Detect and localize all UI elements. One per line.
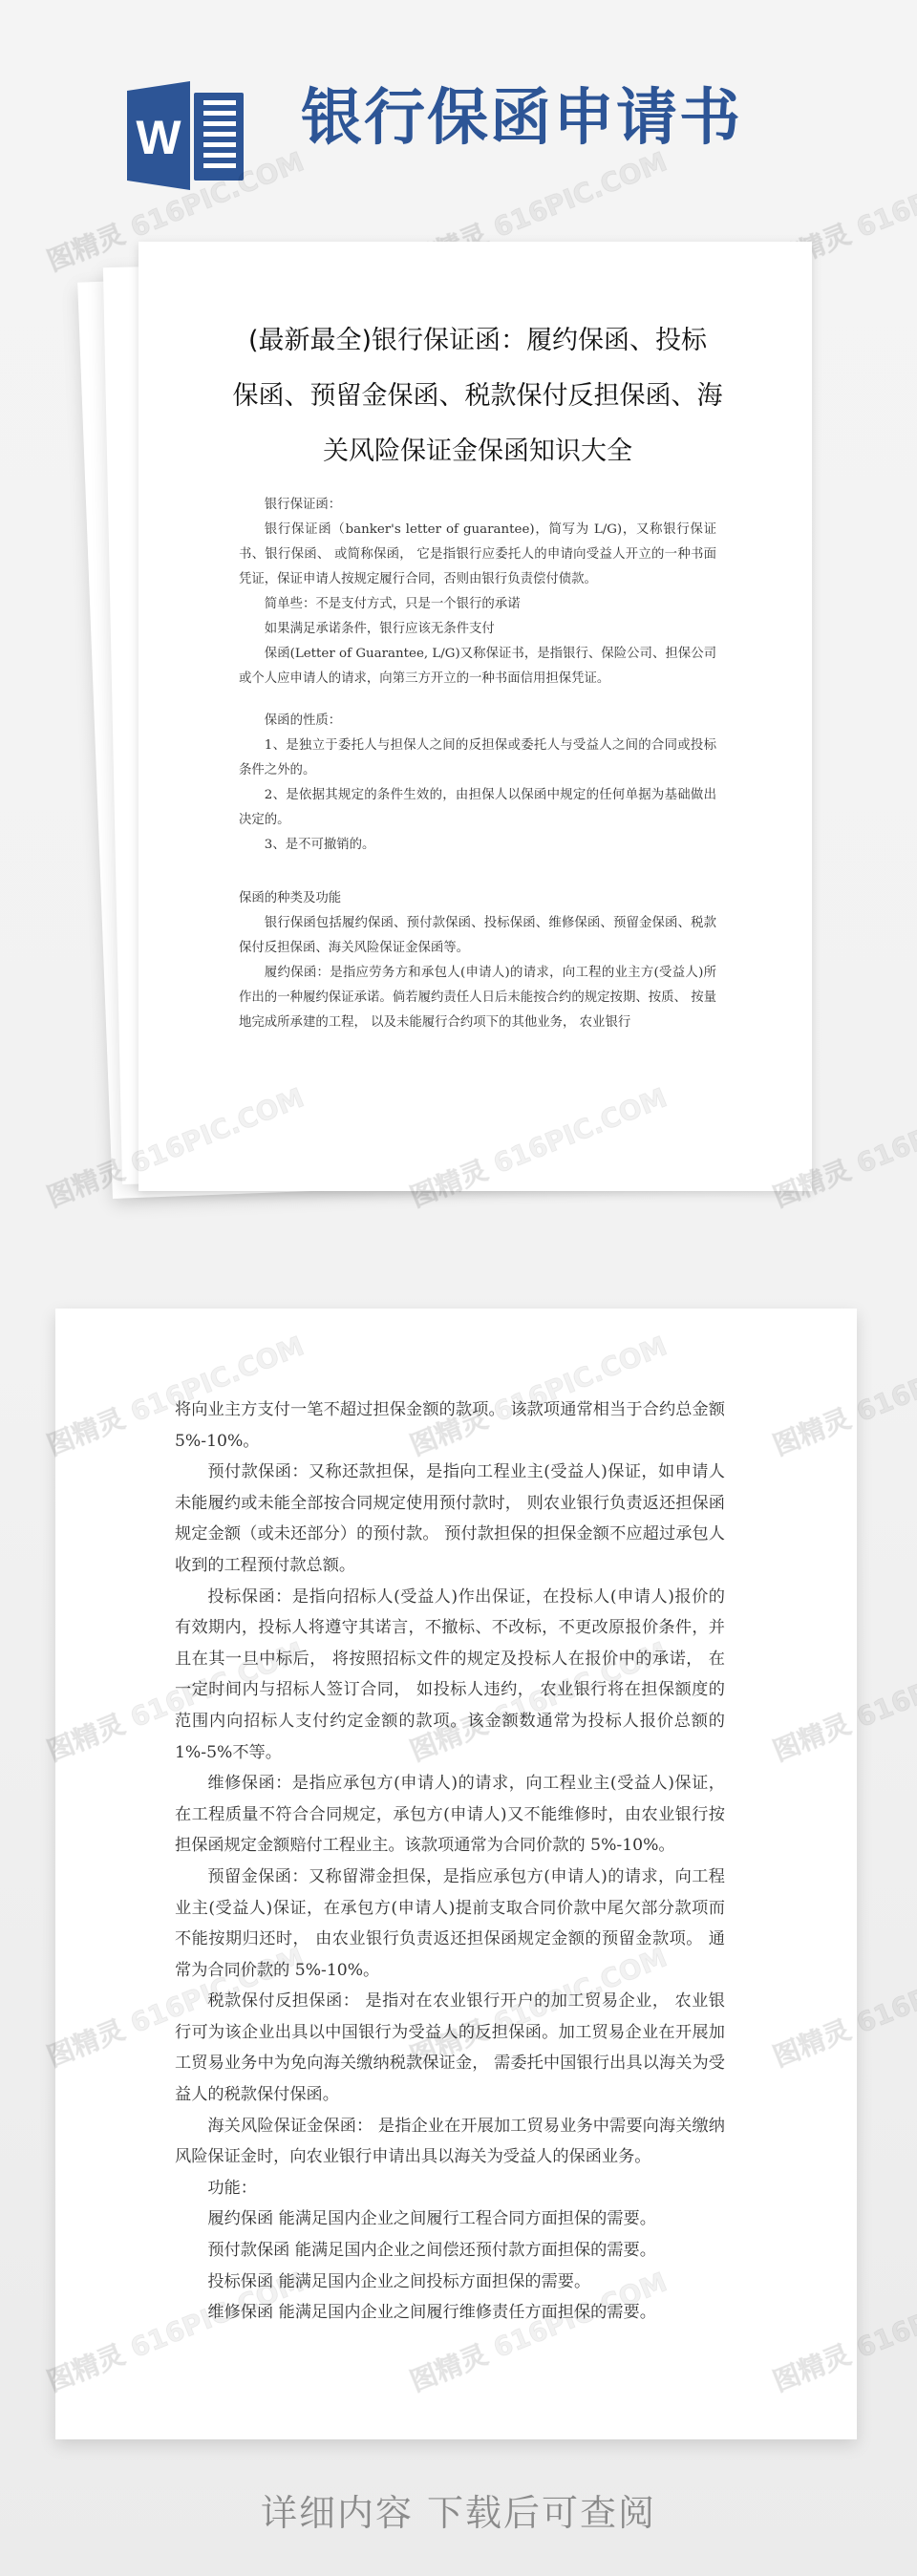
document-page-1: (最新最全)银行保证函：履约保函、投标 保函、预留金保函、税款保付反担保函、海 … [139,242,812,1191]
paragraph: 税款保付反担保函： 是指对在农业银行开户的加工贸易企业， 农业银行可为该企业出具… [175,1986,725,2110]
paragraph: 简单些：不是支付方式，只是一个银行的承诺 [239,592,716,617]
download-prompt-part2: 下载后可查阅 [427,2492,656,2534]
document-title-line: 关风险保证金保函知识大全 [196,424,759,479]
list-item: 预付款保函 能满足国内企业之间偿还预付款方面担保的需要。 [175,2235,725,2267]
paragraph: 投标保函：是指向招标人(受益人)作出保证，在投标人(申请人)报价的有效期内，投标… [175,1582,725,1769]
svg-text:W: W [136,111,181,164]
document-body: 银行保证函： 银行保证函（banker's letter of guarante… [239,493,716,1035]
paragraph: 预付款保函：又称还款担保，是指向工程业主(受益人)保证，如申请人未能履约或未能全… [175,1457,725,1581]
paragraph: 如果满足承诺条件，银行应该无条件支付 [239,617,716,642]
download-prompt: 详细内容下载后可查阅 [0,2483,917,2536]
page-title: 银行保函申请书 [301,88,742,149]
document-title-line: (最新最全)银行保证函：履约保函、投标 [196,313,759,369]
paragraph: 海关风险保证金保函： 是指企业在开展加工贸易业务中需要向海关缴纳风险保证金时，向… [175,2111,725,2173]
paragraph: 银行保证函（banker's letter of guarantee)，简写为 … [239,518,716,592]
paragraph: 预留金保函：又称留滞金担保，是指应承包方(申请人)的请求，向工程业主(受益人)保… [175,1862,725,1986]
document-body: 将向业主方支付一笔不超过担保金额的款项。 该款项通常相当于合约总金额 5%-10… [175,1394,725,2329]
paragraph: 将向业主方支付一笔不超过担保金额的款项。 该款项通常相当于合约总金额 5%-10… [175,1394,725,1457]
list-item: 投标保函 能满足国内企业之间投标方面担保的需要。 [175,2267,725,2298]
header: W 银行保函申请书 [0,0,917,229]
paragraph: 保函(Letter of Guarantee, L/G)又称保证书，是指银行、保… [239,642,716,692]
section-heading: 功能： [175,2173,725,2204]
word-document-icon: W [127,81,244,190]
document-page-2: 将向业主方支付一笔不超过担保金额的款项。 该款项通常相当于合约总金额 5%-10… [55,1309,857,2439]
list-item: 履约保函 能满足国内企业之间履行工程合同方面担保的需要。 [175,2203,725,2235]
section-heading: 保函的性质： [239,709,716,734]
document-title-line: 保函、预留金保函、税款保付反担保函、海 [196,369,759,424]
paragraph: 履约保函：是指应劳务方和承包人(申请人)的请求，向工程的业主方(受益人)所作出的… [239,961,716,1035]
list-item: 维修保函 能满足国内企业之间履行维修责任方面担保的需要。 [175,2297,725,2329]
download-prompt-part1: 详细内容 [261,2492,414,2534]
list-item: 1、是独立于委托人与担保人之间的反担保或委托人与受益人之间的合同或投标条件之外的… [239,734,716,783]
paragraph: 银行保函包括履约保函、预付款保函、投标保函、维修保函、预留金保函、税款保付反担保… [239,911,716,961]
section-heading: 保函的种类及功能 [239,886,716,911]
list-item: 3、是不可撤销的。 [239,833,716,858]
paragraph: 银行保证函： [239,493,716,518]
document-title: (最新最全)银行保证函：履约保函、投标 保函、预留金保函、税款保付反担保函、海 … [196,313,759,479]
list-item: 2、是依据其规定的条件生效的，由担保人以保函中规定的任何单据为基础做出决定的。 [239,783,716,833]
paragraph: 维修保函：是指应承包方(申请人)的请求，向工程业主(受益人)保证，在工程质量不符… [175,1768,725,1862]
